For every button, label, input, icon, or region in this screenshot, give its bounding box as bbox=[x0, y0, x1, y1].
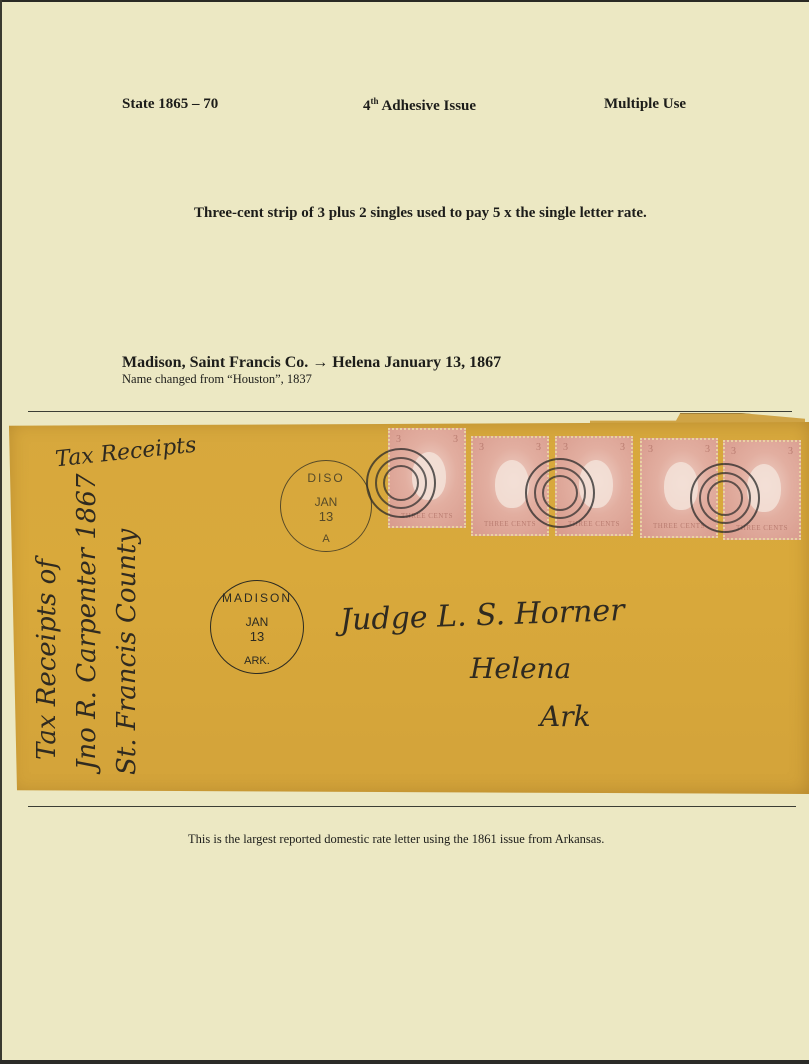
stamp-value-text: THREE CENTS bbox=[473, 520, 547, 528]
issue-label: Adhesive Issue bbox=[379, 98, 477, 114]
stamp-denomination: 3 bbox=[479, 442, 484, 453]
target-cancel-icon bbox=[525, 458, 595, 528]
header-issue: 4th Adhesive Issue bbox=[363, 96, 476, 115]
stamp-denomination: 3 bbox=[536, 442, 541, 453]
divider-top bbox=[28, 411, 792, 412]
postmark-town: MADISON bbox=[211, 591, 303, 605]
postmark-month: JAN bbox=[281, 495, 371, 509]
stamp-denomination: 3 bbox=[453, 434, 458, 445]
stamp-denomination: 3 bbox=[396, 434, 401, 445]
issue-ordinal-suffix: th bbox=[371, 96, 379, 106]
stamp-denomination: 3 bbox=[705, 444, 710, 455]
postmark-day: 13 bbox=[211, 629, 303, 644]
page-edge bbox=[0, 1060, 809, 1064]
header-category: Multiple Use bbox=[604, 96, 686, 113]
postmark-madison: MADISON JAN 13 ARK. bbox=[210, 580, 304, 674]
washington-portrait bbox=[495, 460, 529, 508]
docket-line-2: Jno R. Carpenter 1867 bbox=[72, 474, 102, 771]
route-note: Name changed from “Houston”, 1837 bbox=[122, 372, 312, 387]
stamp-denomination: 3 bbox=[788, 446, 793, 457]
docket-line-3: St. Francis County bbox=[112, 529, 142, 775]
target-cancel-icon bbox=[366, 448, 436, 518]
summary-text: Three-cent strip of 3 plus 2 singles use… bbox=[194, 205, 647, 222]
header-period: State 1865 – 70 bbox=[122, 96, 218, 113]
issue-ordinal: 4 bbox=[363, 98, 371, 114]
target-cancel-icon bbox=[690, 463, 760, 533]
caption-text: This is the largest reported domestic ra… bbox=[188, 832, 604, 847]
stamp-denomination: 3 bbox=[648, 444, 653, 455]
page-edge bbox=[0, 0, 809, 2]
route-title: Madison, Saint Francis Co. → Helena Janu… bbox=[122, 354, 501, 372]
postmark-state: A bbox=[281, 533, 371, 545]
postmark-town: DISO bbox=[281, 471, 371, 485]
postmark-state: ARK. bbox=[211, 655, 303, 667]
postmark-faint: DISO JAN 13 A bbox=[280, 460, 372, 552]
postmark-day: 13 bbox=[281, 509, 371, 524]
page-edge bbox=[0, 0, 2, 1064]
stamp-denomination: 3 bbox=[731, 446, 736, 457]
stamp-denomination: 3 bbox=[563, 442, 568, 453]
address-line-3: Ark bbox=[540, 700, 591, 733]
postmark-month: JAN bbox=[211, 615, 303, 629]
stamp-denomination: 3 bbox=[620, 442, 625, 453]
address-line-2: Helena bbox=[470, 652, 571, 685]
docket-line-1: Tax Receipts of bbox=[32, 559, 62, 760]
divider-bottom bbox=[28, 806, 796, 807]
